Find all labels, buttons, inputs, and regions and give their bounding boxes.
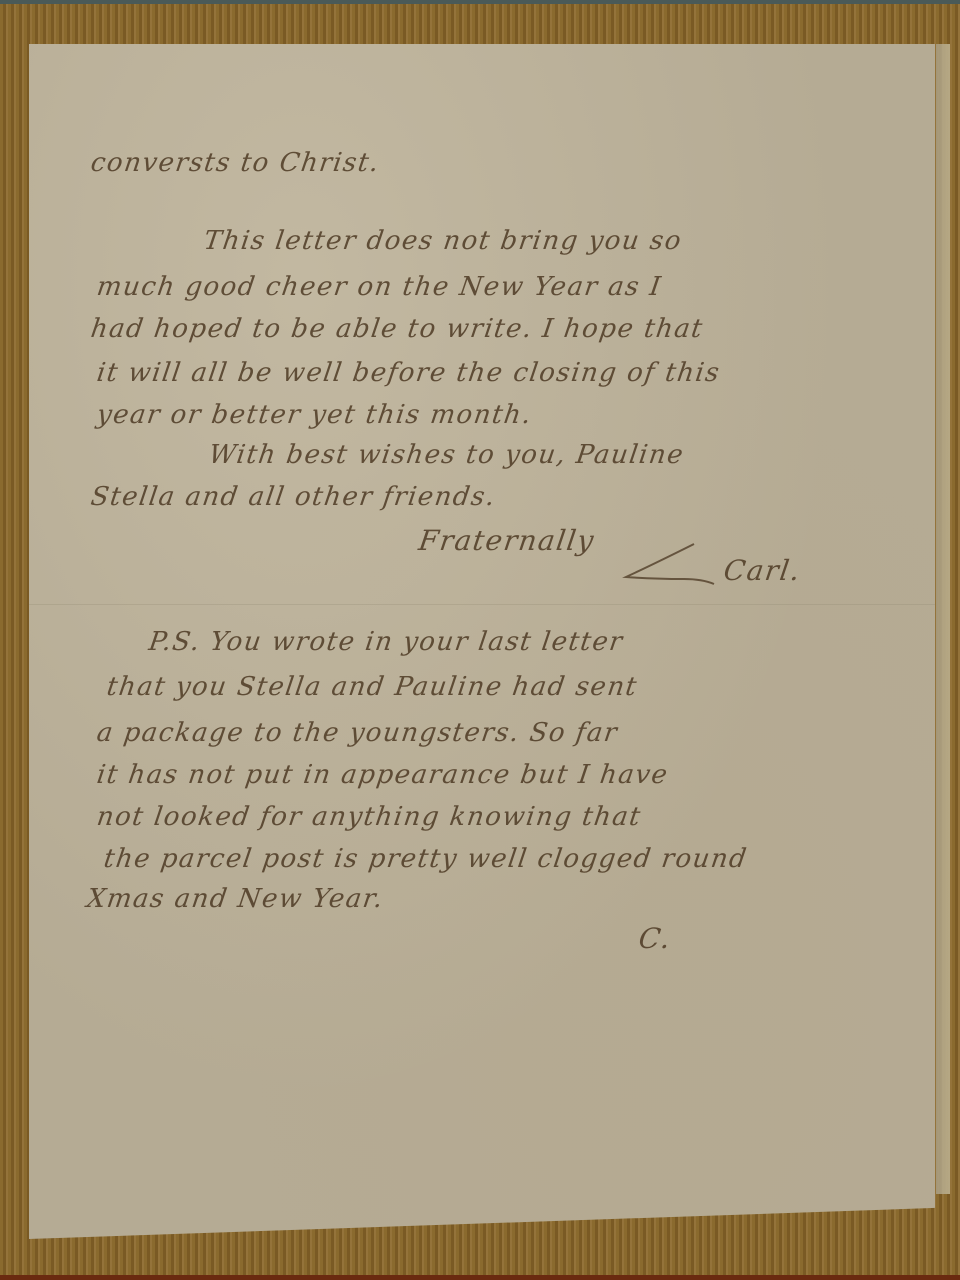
paper-fold-line: [29, 604, 935, 605]
letter-line-3: much good cheer on the New Year as I: [95, 272, 664, 302]
postscript-line-7: Xmas and New Year.: [85, 884, 386, 914]
postscript-initial: C.: [637, 922, 674, 955]
letter-page: conversts to Christ. This letter does no…: [29, 44, 935, 1239]
letter-line-8: Stella and all other friends.: [89, 482, 498, 512]
letter-line-7: With best wishes to you, Pauline: [207, 440, 686, 470]
postscript-line-5: not looked for anything knowing that: [95, 802, 644, 832]
postscript-line-4: it has not put in appearance but I have: [95, 760, 671, 790]
letter-line-4: had hoped to be able to write. I hope th…: [89, 314, 706, 344]
letter-line-5: it will all be well before the closing o…: [95, 358, 722, 388]
signature-flourish-icon: [614, 539, 734, 589]
paper-edge-strip: [936, 44, 950, 1194]
postscript-line-6: the parcel post is pretty well clogged r…: [102, 844, 750, 874]
postscript-line-1: P.S. You wrote in your last letter: [147, 627, 626, 657]
cardboard-background-top-edge: [0, 0, 960, 4]
signature: Carl.: [722, 554, 803, 587]
cardboard-background-bottom-edge: [0, 1275, 960, 1280]
letter-line-2: This letter does not bring you so: [202, 226, 684, 256]
letter-line-6: year or better yet this month.: [95, 400, 534, 430]
postscript-line-3: a package to the youngsters. So far: [95, 718, 620, 748]
valediction: Fraternally: [417, 524, 597, 557]
postscript-line-2: that you Stella and Pauline had sent: [105, 672, 640, 702]
letter-line-1: conversts to Christ.: [89, 148, 382, 178]
